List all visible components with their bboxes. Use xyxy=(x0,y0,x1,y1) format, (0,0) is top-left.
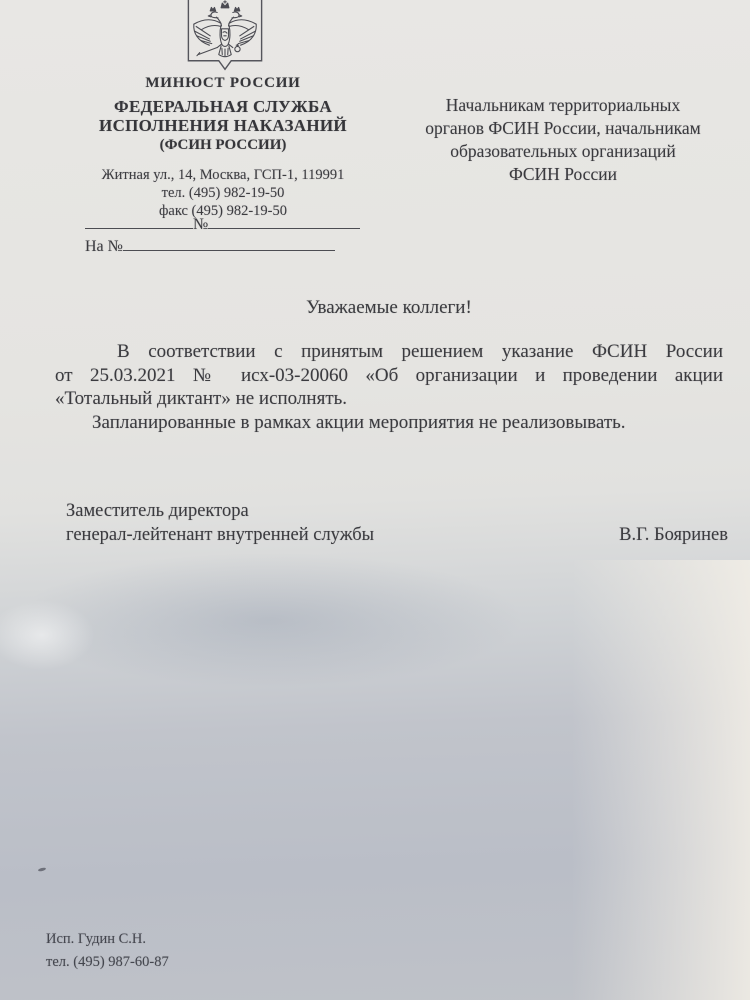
body-paragraph: В соответствии с принятым решением указа… xyxy=(55,340,723,434)
reply-number-line: На № xyxy=(85,235,335,256)
number-line: № xyxy=(85,213,360,234)
body-line: от 25.03.2021 № исх-03-20060 «Об организ… xyxy=(55,364,723,388)
recipient-line: ФСИН России xyxy=(408,163,718,186)
signature-block: Заместитель директора генерал-лейтенант … xyxy=(66,499,728,547)
signature-name: В.Г. Бояринев xyxy=(619,523,728,547)
recipient-line: органов ФСИН России, начальникам xyxy=(408,117,718,140)
number-underline-left xyxy=(85,213,193,229)
letter-page: МИНЮСТ РОССИИ ФЕДЕРАЛЬНАЯ СЛУЖБА ИСПОЛНЕ… xyxy=(0,0,750,1000)
reply-underline xyxy=(123,235,335,251)
body-line: «Тотальный диктант» не исполнять. xyxy=(55,387,723,411)
photo-shadow-band xyxy=(0,535,640,705)
number-label: № xyxy=(193,216,208,233)
signature-title-line1: Заместитель директора xyxy=(66,499,728,523)
ministry-name: МИНЮСТ РОССИИ xyxy=(48,75,398,92)
agency-name-line2: ИСПОЛНЕНИЯ НАКАЗАНИЙ xyxy=(48,117,398,136)
photo-fold-highlight xyxy=(0,585,150,685)
reply-label: На № xyxy=(85,238,123,255)
photo-light-edge xyxy=(540,560,750,1000)
recipient-block: Начальникам территориальных органов ФСИН… xyxy=(408,94,718,186)
recipient-line: Начальникам территориальных xyxy=(408,94,718,117)
coat-of-arms-icon xyxy=(186,0,264,74)
body-line: Запланированные в рамках акции мероприят… xyxy=(55,411,723,435)
body-line: В соответствии с принятым решением указа… xyxy=(55,340,723,364)
signature-title-line2: генерал-лейтенант внутренней службы xyxy=(66,523,374,547)
agency-name-line1: ФЕДЕРАЛЬНАЯ СЛУЖБА xyxy=(48,98,398,117)
executor-block: Исп. Гудин С.Н. тел. (495) 987-60-87 xyxy=(46,928,169,974)
paper-speck xyxy=(38,867,46,872)
recipient-line: образовательных организаций xyxy=(408,140,718,163)
phone-line: тел. (495) 982-19-50 xyxy=(48,184,398,202)
executor-phone: тел. (495) 987-60-87 xyxy=(46,951,169,974)
letterhead: МИНЮСТ РОССИИ ФЕДЕРАЛЬНАЯ СЛУЖБА ИСПОЛНЕ… xyxy=(48,75,398,220)
number-underline-right xyxy=(208,213,360,229)
agency-abbr: (ФСИН РОССИИ) xyxy=(48,137,398,154)
salutation: Уважаемые коллеги! xyxy=(55,297,723,319)
address-line: Житная ул., 14, Москва, ГСП-1, 119991 xyxy=(48,166,398,184)
executor-name: Исп. Гудин С.Н. xyxy=(46,928,169,951)
